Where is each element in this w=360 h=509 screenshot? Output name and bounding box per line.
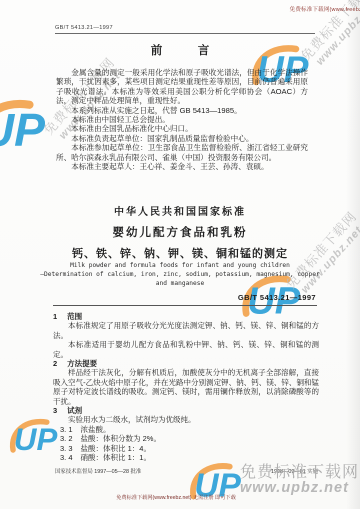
reagent-item: 3. 2盐酸：体积分数为 2%。 xyxy=(60,434,319,443)
reagent-item-text: 盐酸：体积分数为 2%。 xyxy=(81,434,161,443)
section-number: 2 xyxy=(53,359,57,368)
section-heading-scope: 1范围 xyxy=(53,312,319,321)
standard-title-en-line: and manganese xyxy=(0,280,360,289)
section-title: 范围 xyxy=(67,312,82,321)
reagent-item: 3. 4硝酸：体积比 1：1。 xyxy=(60,453,319,462)
upbz-logo-icon xyxy=(0,96,52,156)
reagent-item-text: 硝酸：体积比 1：1。 xyxy=(81,453,151,462)
approval-date: 国家技术监督局 1997—05—28 批准 xyxy=(55,467,141,475)
reagent-item: 3. 3盐酸：体积比 1：4。 xyxy=(60,444,319,453)
foreword-paragraph: 本标准负责起草单位：国家乳制品质量监督检验中心。 xyxy=(56,134,308,143)
standard-title-en: Milk powder and formula foods for infant… xyxy=(0,262,360,288)
standard-doc-code: GB/T 5413.21—1997 xyxy=(238,293,316,302)
scan-edge-shading xyxy=(346,0,360,509)
foreword-paragraph: 本标准由全国乳品标准化中心归口。 xyxy=(56,124,308,133)
section-paragraph: 本标准规定了用原子吸收分光光度法测定钾、钠、钙、镁、锌、铜和锰的方法。 xyxy=(53,321,319,340)
standard-title-en-line: Milk powder and formula foods for infant… xyxy=(0,262,360,271)
title-rule xyxy=(53,305,317,306)
foreword-paragraph: 本标准主要起草人：王心祥、姜金斗、王芸、孙涛、袁硕。 xyxy=(56,162,308,171)
foreword-paragraph: 本标准参加起草单位：卫生部食品卫生监督检验所、浙江省轻工业研究所、哈尔滨森永乳品… xyxy=(56,143,308,162)
footer-approval-row: 国家技术监督局 1997—05—28 批准 1998—09—01 实施 xyxy=(55,467,318,475)
standard-title-cn: 婴幼儿配方食品和乳粉 xyxy=(0,224,360,240)
section-paragraph: 样品经干法灰化，分解有机质后，加酸使灰分中的无机离子全部溶解，直接吸入空气-乙炔… xyxy=(53,368,319,406)
foreword-body: 金属含量的测定一般采用化学法和原子吸收光谱法，但由于化学法操作繁琐，干扰因素多，… xyxy=(56,68,308,171)
implementation-date: 1998—09—01 实施 xyxy=(271,467,318,475)
section-paragraph: 实验用水为二级水，试剂均为优级纯。 xyxy=(53,415,319,424)
reagent-item: 3. 1浓盐酸。 xyxy=(60,425,319,434)
section-title: 试剂 xyxy=(67,406,82,415)
reagent-item-number: 3. 4 xyxy=(60,453,73,462)
foreword-paragraph: 本系列标准从实施之日起，代替 GB 5413—1985。 xyxy=(56,106,308,115)
foreword-paragraph: 金属含量的测定一般采用化学法和原子吸收光谱法，但由于化学法操作繁琐，干扰因素多，… xyxy=(56,68,308,106)
standard-title-en-line: —Determination of calcium, iron, zinc, s… xyxy=(0,271,360,280)
section-title: 方法提要 xyxy=(67,359,97,368)
national-standard-label: 中华人民共和国国家标准 xyxy=(0,203,360,218)
standard-subtitle-cn: 钙、铁、锌、钠、钾、镁、铜和锰的测定 xyxy=(0,245,360,261)
reagent-item-number: 3. 2 xyxy=(60,434,73,443)
foreword-title: 前 言 xyxy=(0,42,360,58)
reagent-item-number: 3. 1 xyxy=(60,425,73,434)
reagent-item-number: 3. 3 xyxy=(60,444,73,453)
document-page: 免费标准下载网 www.upbz.net 免费标准下载网 www.upbz.ne… xyxy=(0,0,360,509)
section-number: 1 xyxy=(53,312,57,321)
standard-body: 1范围 本标准规定了用原子吸收分光光度法测定钾、钠、钙、镁、锌、铜和锰的方法。 … xyxy=(53,312,319,463)
header-rule xyxy=(55,33,315,34)
reagent-item-text: 浓盐酸。 xyxy=(81,425,111,434)
header-doc-code: GB/T 5413.21—1997 xyxy=(55,25,113,31)
bottom-download-notice: 免费标准下载网(www.freebz.net) 无需注册 即可下载 xyxy=(0,494,352,501)
section-number: 3 xyxy=(53,406,57,415)
reagent-item-text: 盐酸：体积比 1：4。 xyxy=(81,444,151,453)
section-paragraph: 本标准适用于婴幼儿配方食品和乳粉中钾、钠、钙、镁、锌、铜和锰的测定。 xyxy=(53,340,319,359)
